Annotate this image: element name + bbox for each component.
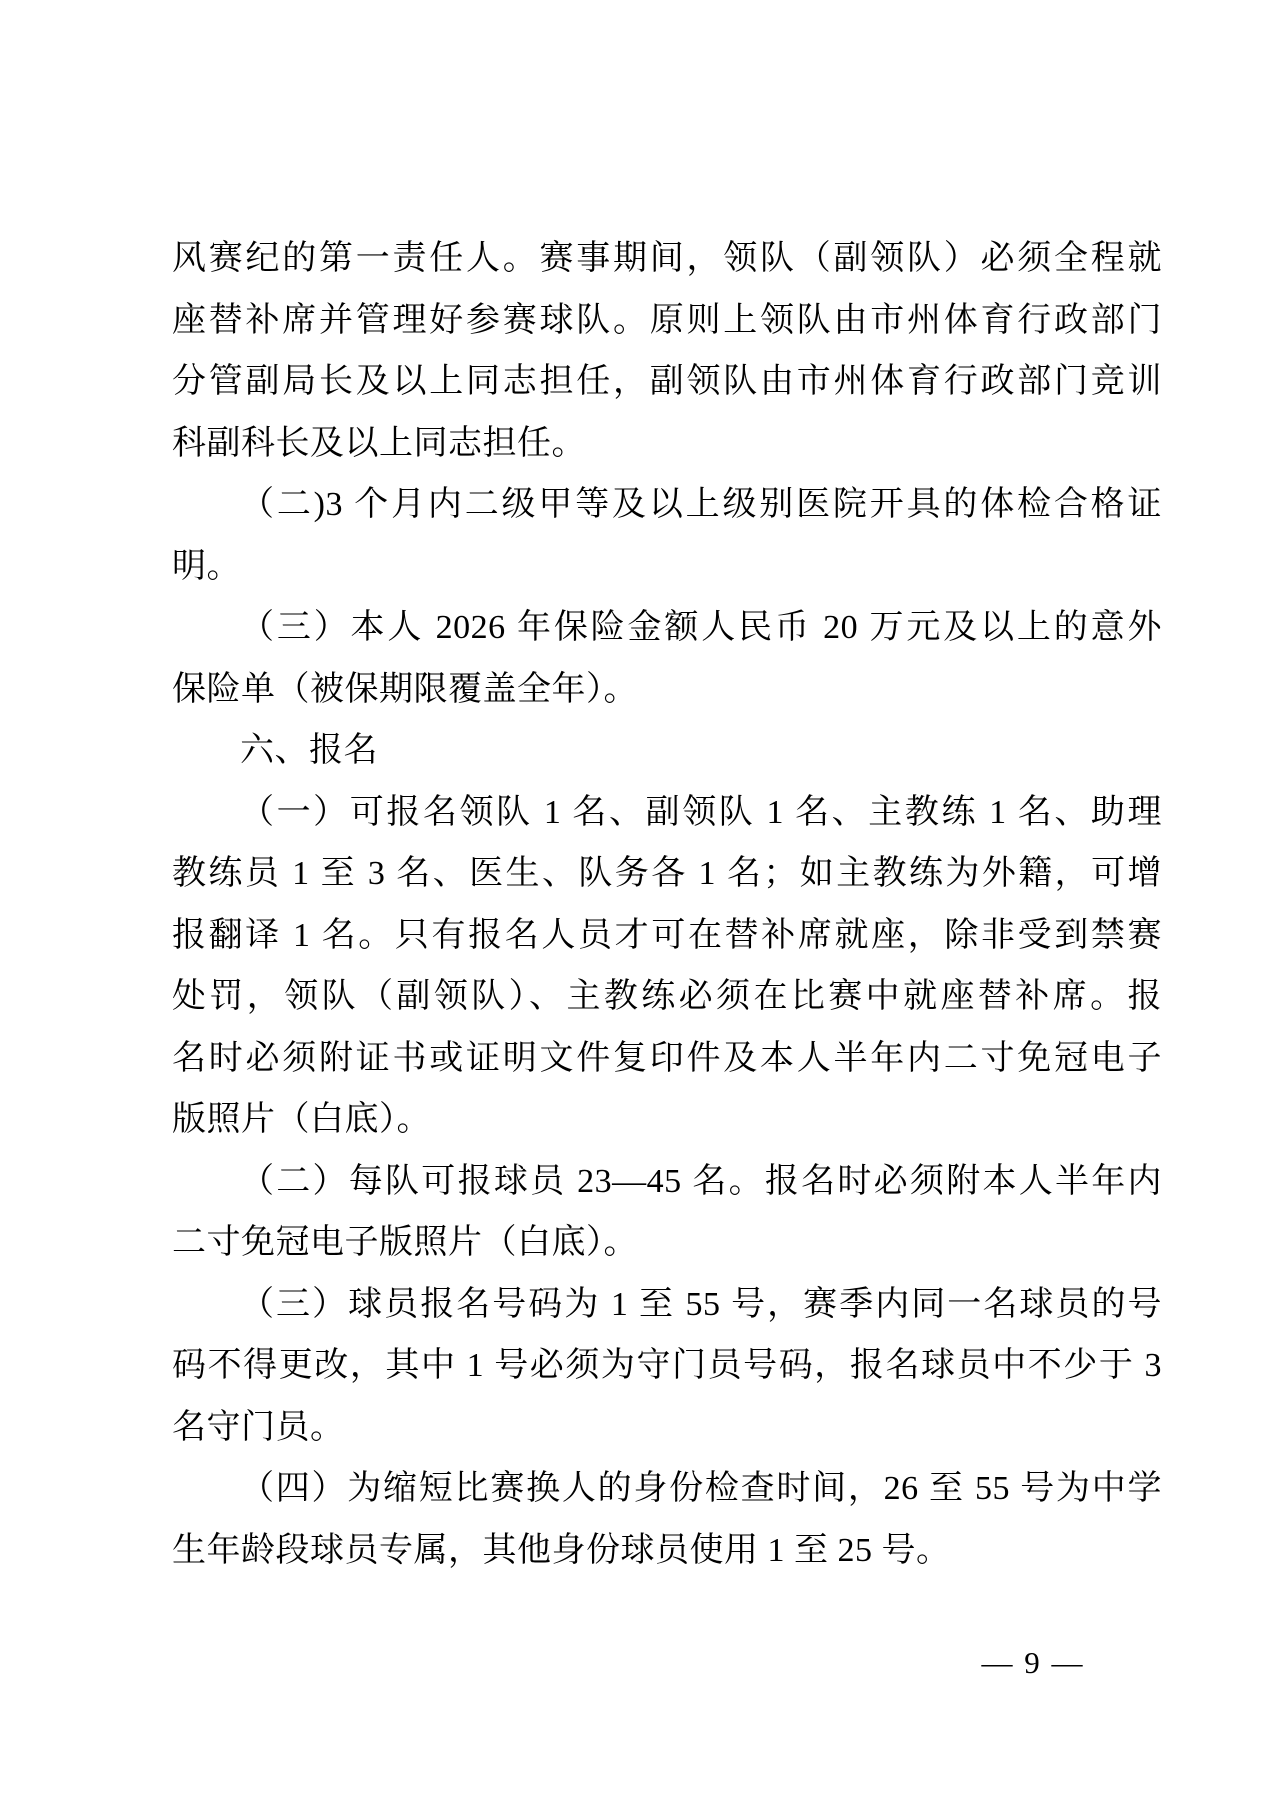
text-line: （二）每队可报球员 23—45 名。报名时必须附本人半年内 [172, 1151, 1162, 1213]
page-number: — 9 — [948, 1643, 1118, 1683]
text-line: 名时必须附证书或证明文件复印件及本人半年内二寸免冠电子 [172, 1028, 1162, 1090]
text-line: （一）可报名领队 1 名、副领队 1 名、主教练 1 名、助理 [172, 782, 1162, 844]
text-line: 二寸免冠电子版照片（白底）。 [172, 1212, 1162, 1274]
text-line: 报翻译 1 名。只有报名人员才可在替补席就座，除非受到禁赛 [172, 905, 1162, 967]
text-line: 教练员 1 至 3 名、医生、队务各 1 名；如主教练为外籍，可增 [172, 843, 1162, 905]
text-line: 座替补席并管理好参赛球队。原则上领队由市州体育行政部门 [172, 290, 1162, 352]
text-line: 明。 [172, 536, 1162, 598]
text-line: 处罚，领队（副领队）、主教练必须在比赛中就座替补席。报 [172, 966, 1162, 1028]
text-line: 码不得更改，其中 1 号必须为守门员号码，报名球员中不少于 3 [172, 1335, 1162, 1397]
text-line: （四）为缩短比赛换人的身份检查时间，26 至 55 号为中学 [172, 1458, 1162, 1520]
text-line: （三）球员报名号码为 1 至 55 号，赛季内同一名球员的号 [172, 1274, 1162, 1336]
document-page: 风赛纪的第一责任人。赛事期间，领队（副领队）必须全程就 座替补席并管理好参赛球队… [0, 0, 1280, 1810]
text-line: 生年龄段球员专属，其他身份球员使用 1 至 25 号。 [172, 1520, 1162, 1582]
text-line: 风赛纪的第一责任人。赛事期间，领队（副领队）必须全程就 [172, 228, 1162, 290]
document-body: 风赛纪的第一责任人。赛事期间，领队（副领队）必须全程就 座替补席并管理好参赛球队… [172, 228, 1162, 1581]
text-line: （三）本人 2026 年保险金额人民币 20 万元及以上的意外 [172, 597, 1162, 659]
text-line: 名守门员。 [172, 1397, 1162, 1459]
text-line: 版照片（白底）。 [172, 1089, 1162, 1151]
section-heading: 六、报名 [172, 720, 1162, 782]
text-line: 分管副局长及以上同志担任，副领队由市州体育行政部门竞训 [172, 351, 1162, 413]
text-line: （二)3 个月内二级甲等及以上级别医院开具的体检合格证 [172, 474, 1162, 536]
text-line: 保险单（被保期限覆盖全年）。 [172, 659, 1162, 721]
text-line: 科副科长及以上同志担任。 [172, 413, 1162, 475]
